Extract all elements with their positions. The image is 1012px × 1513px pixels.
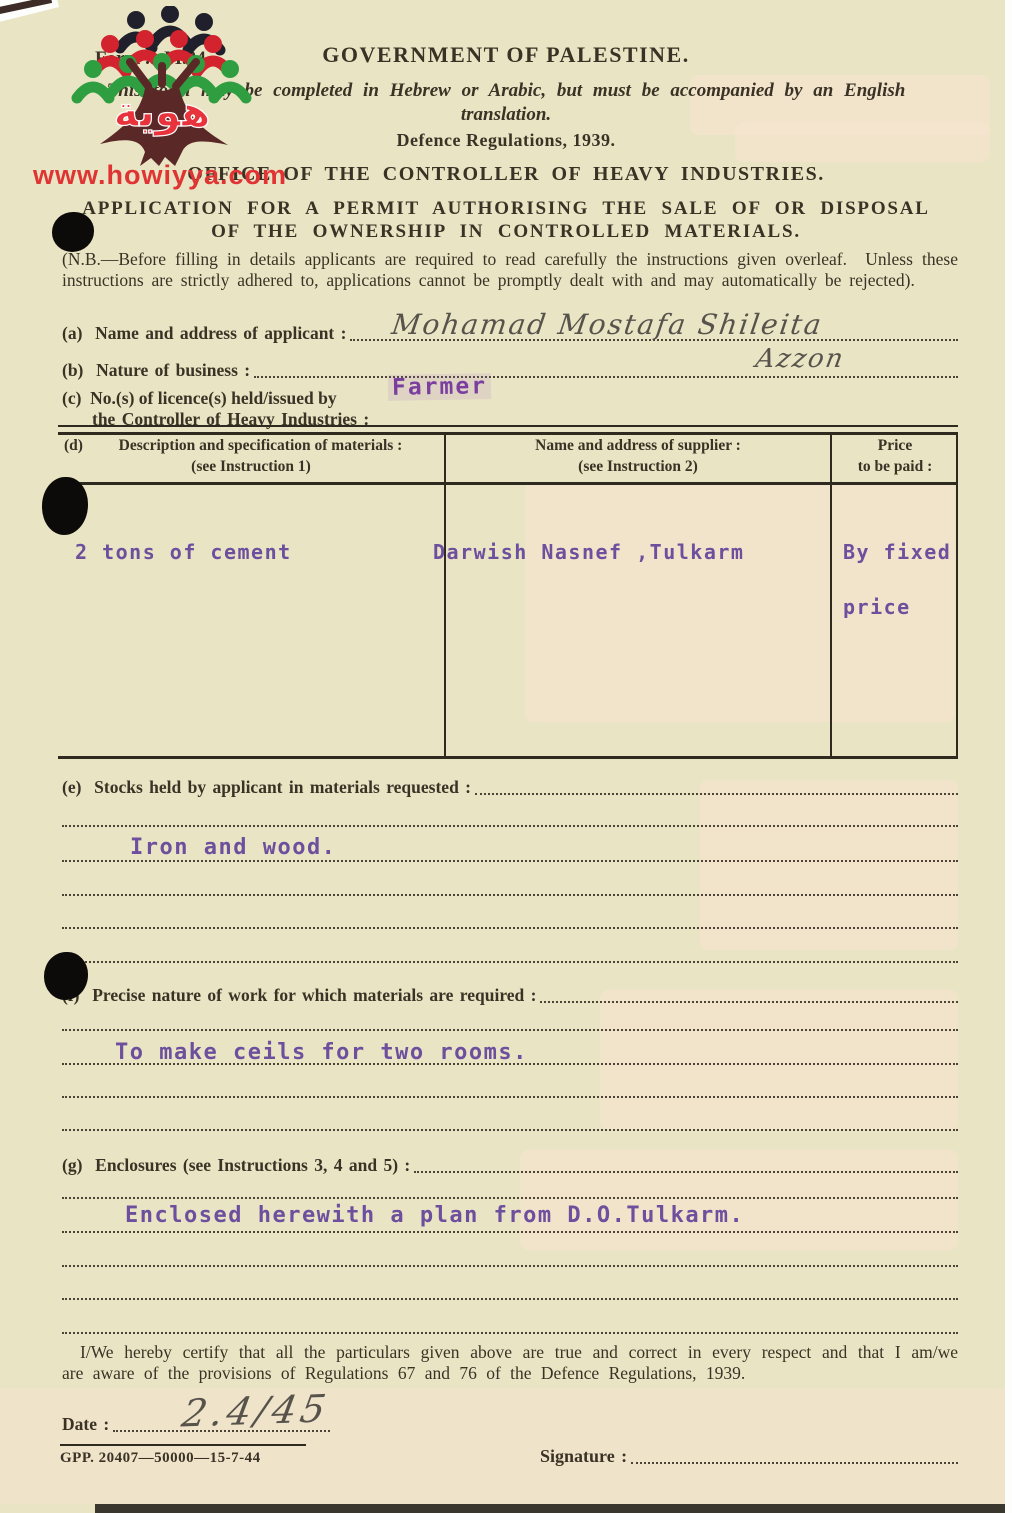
dotted-line (540, 1001, 958, 1003)
materials-table: (d) Description and specification of mat… (58, 432, 958, 757)
applicant-name-handwriting: Mohamad Mostafa Shileita (390, 308, 825, 341)
field-c-label-line1: (c) No.(s) of licence(s) held/issued by (62, 388, 337, 409)
typed-supplier: Darwish Nasnef ,Tulkarm (433, 540, 744, 564)
table-header-supplier: Name and address of supplier : (see Inst… (445, 432, 831, 483)
farmer-stamp: Farmer (388, 373, 492, 401)
dotted-line (62, 1231, 958, 1233)
table-cell-materials (58, 483, 445, 757)
section-f-row: (f) Precise nature of work for which mat… (62, 985, 958, 1006)
field-a-label: (a) Name and address of applicant : (62, 323, 346, 344)
dotted-line (62, 1129, 958, 1131)
howiyya-tree-icon: هوية (48, 6, 278, 166)
dotted-line (254, 376, 958, 378)
table-cell-supplier (445, 483, 831, 757)
typed-stocks: Iron and wood. (130, 835, 336, 860)
dotted-line (62, 894, 958, 896)
scan-edge-bottom (95, 1504, 1012, 1513)
field-b-label: (b) Nature of business : (62, 360, 250, 381)
section-g-row: (g) Enclosures (see Instructions 3, 4 an… (62, 1155, 958, 1176)
section-e-row: (e) Stocks held by applicant in material… (62, 777, 958, 798)
howiyya-logo: هوية (48, 6, 278, 171)
application-title-line2: OF THE OWNERSHIP IN CONTROLLED MATERIALS… (0, 221, 1012, 243)
field-d-marker: (d) (64, 436, 83, 457)
dotted-line (62, 825, 958, 827)
dotted-line (631, 1462, 958, 1464)
dotted-line (62, 1332, 958, 1334)
date-handwriting: 2.4/45 (179, 1386, 333, 1435)
scanned-form-page: Form ... M.34. GOVERNMENT OF PALESTINE. … (0, 0, 1012, 1513)
dotted-line (62, 1063, 958, 1065)
date-label: Date : (62, 1414, 109, 1435)
scan-tint (700, 780, 958, 950)
table-right-border (956, 432, 958, 757)
dotted-line (62, 961, 958, 963)
dotted-line (62, 1265, 958, 1267)
dotted-line (62, 1298, 958, 1300)
section-f-label: (f) Precise nature of work for which mat… (62, 985, 536, 1006)
certification-text: I/We hereby certify that all the particu… (62, 1342, 958, 1385)
table-bottom-rule (58, 756, 958, 759)
watermark-url: www.howiyya.com (33, 160, 287, 191)
dotted-line (62, 1029, 958, 1031)
scan-tint (600, 990, 958, 1130)
dotted-line (414, 1171, 958, 1173)
scan-edge-right (1005, 0, 1012, 1513)
table-header-materials: (d) Description and specification of mat… (58, 432, 445, 483)
typed-work-nature: To make ceils for two rooms. (115, 1040, 528, 1065)
signature-row: Signature : (540, 1446, 958, 1467)
ink-blot (52, 212, 94, 252)
nb-note: (N.B.—Before filling in details applican… (62, 249, 958, 292)
application-title-line1: APPLICATION FOR A PERMIT AUTHORISING THE… (0, 198, 1012, 220)
dotted-line (62, 860, 958, 862)
print-code: GPP. 20407—50000—15-7-44 (60, 1450, 261, 1467)
signature-label: Signature : (540, 1446, 627, 1467)
applicant-address-handwriting: Azzon (753, 344, 847, 374)
typed-price-line1: By fixed (843, 540, 951, 564)
section-e-label: (e) Stocks held by applicant in material… (62, 777, 471, 798)
dotted-line (62, 927, 958, 929)
section-g-label: (g) Enclosures (see Instructions 3, 4 an… (62, 1155, 410, 1176)
dotted-line (62, 1096, 958, 1098)
print-code-rule (60, 1444, 306, 1446)
table-header-price: Price to be paid : (831, 432, 958, 483)
table-cell-price (831, 483, 958, 757)
typed-price-line2: price (843, 595, 911, 619)
svg-text:هوية: هوية (114, 87, 211, 137)
typed-enclosures: Enclosed herewith a plan from D.O.Tulkar… (125, 1203, 744, 1228)
dotted-line (475, 793, 958, 795)
dotted-line (62, 1197, 958, 1199)
typed-materials: 2 tons of cement (75, 540, 292, 564)
